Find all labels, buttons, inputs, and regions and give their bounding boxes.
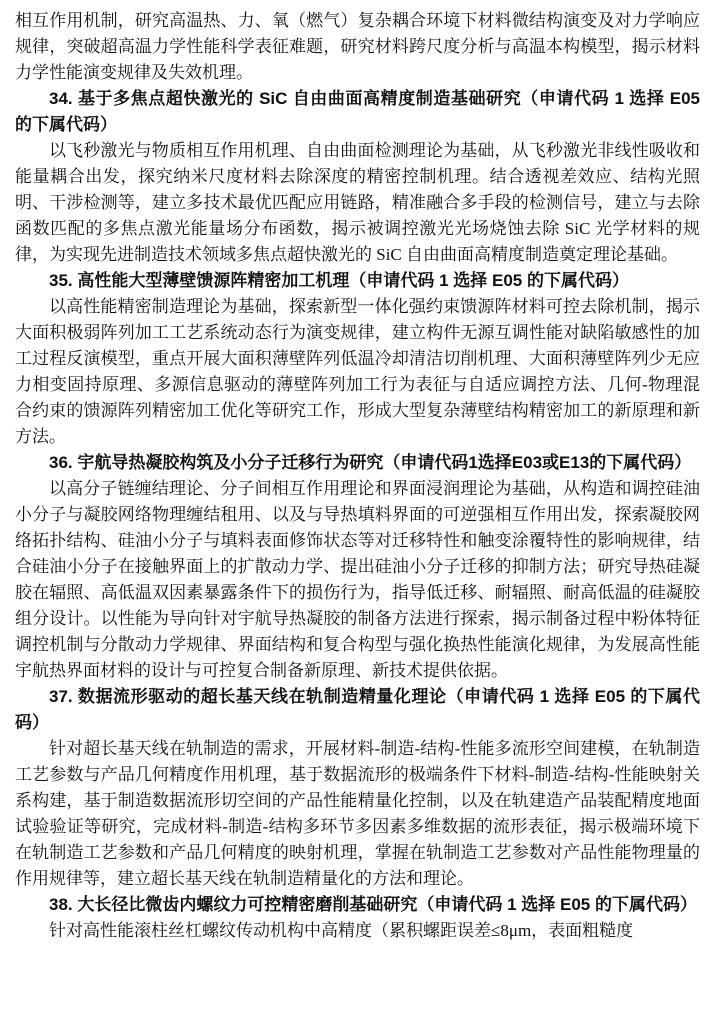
topic-paragraph-8: 针对超长基天线在轨制造的需求，开展材料-制造-结构-性能多流形空间建模，在轨制造… [15,736,700,892]
document-page: 相互作用机制，研究高温热、力、氧（燃气）复杂耦合环境下材料微结构演变及对力学响应… [0,0,720,1024]
document-text: 相互作用机制，研究高温热、力、氧（燃气）复杂耦合环境下材料微结构演变及对力学响应… [15,8,700,944]
topic-heading-5: 36. 宇航导热凝胶构筑及小分子迁移行为研究（申请代码1选择E03或E13的下属… [15,450,700,476]
topic-paragraph-0: 相互作用机制，研究高温热、力、氧（燃气）复杂耦合环境下材料微结构演变及对力学响应… [15,8,700,86]
topic-paragraph-4: 以高性能精密制造理论为基础，探索新型一体化强约束馈源阵材料可控去除机制，揭示大面… [15,294,700,450]
topic-paragraph-10: 针对高性能滚柱丝杠螺纹传动机构中高精度（累积螺距误差≤8μm，表面粗糙度 [15,918,700,944]
topic-paragraph-2: 以飞秒激光与物质相互作用机理、自由曲面检测理论为基础，从飞秒激光非线性吸收和能量… [15,138,700,268]
topic-heading-7: 37. 数据流形驱动的超长基天线在轨制造精量化理论（申请代码 1 选择 E05 … [15,684,700,736]
topic-heading-3: 35. 高性能大型薄壁馈源阵精密加工机理（申请代码 1 选择 E05 的下属代码… [15,268,700,294]
topic-heading-1: 34. 基于多焦点超快激光的 SiC 自由曲面高精度制造基础研究（申请代码 1 … [15,86,700,138]
topic-heading-9: 38. 大长径比微齿内螺纹力可控精密磨削基础研究（申请代码 1 选择 E05 的… [15,892,700,918]
topic-paragraph-6: 以高分子链缠结理论、分子间相互作用理论和界面浸润理论为基础，从构造和调控硅油小分… [15,476,700,684]
